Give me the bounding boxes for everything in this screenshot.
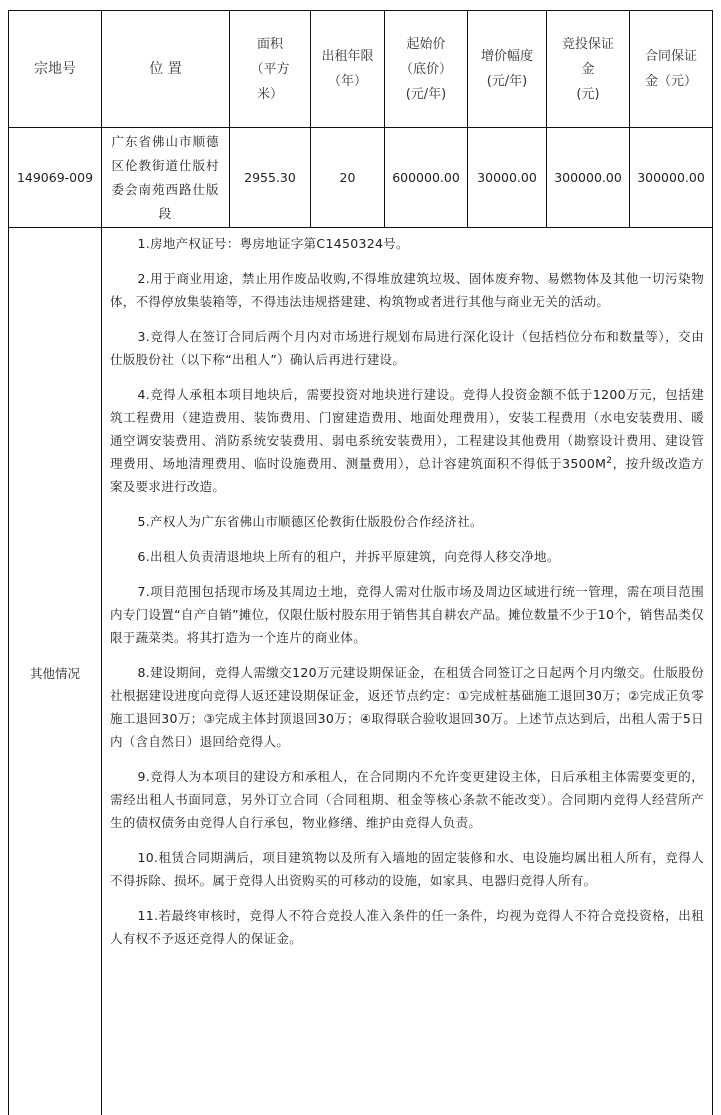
note-9: 9.竞得人为本项目的建设方和承租人，在合同期内不允许变更建设主体，日后承租主体需… (110, 765, 704, 834)
note-11: 11.若最终审核时，竞得人不符合竞投人准入条件的任一条件，均视为竞得人不符合竞投… (110, 904, 704, 950)
note-1: 1.房地产权证号：粤房地证字第C1450324号。 (110, 232, 704, 255)
header-location: 位 置 (102, 11, 230, 128)
table-row: 149069-009 广东省佛山市顺德区伦教街道仕版村委会南苑西路仕版段 295… (9, 128, 713, 228)
area: 2955.30 (230, 128, 311, 228)
other-info-label: 其他情况 (9, 228, 102, 1115)
header-row: 宗地号 位 置 面积（平方米） 出租年限（年） 起始价（底价）(元/年) 增价幅… (9, 11, 713, 128)
location: 广东省佛山市顺德区伦教街道仕版村委会南苑西路仕版段 (102, 128, 230, 228)
note-2: 2.用于商业用途，禁止用作废品收购,不得堆放建筑垃圾、固体废弃物、易燃物体及其他… (110, 267, 704, 313)
header-lease-years: 出租年限（年） (311, 11, 385, 128)
lease-years: 20 (311, 128, 385, 228)
header-contract-deposit: 合同保证金（元） (630, 11, 713, 128)
other-info-notes: 1.房地产权证号：粤房地证字第C1450324号。 2.用于商业用途，禁止用作废… (102, 228, 713, 1115)
contract-deposit: 300000.00 (630, 128, 713, 228)
header-bid-deposit: 竞投保证金(元) (547, 11, 630, 128)
note-8: 8.建设期间，竞得人需缴交120万元建设期保证金，在租赁合同签订之日起两个月内缴… (110, 661, 704, 753)
header-start-price: 起始价（底价）(元/年) (385, 11, 468, 128)
note-5: 5.产权人为广东省佛山市顺德区伦教街仕版股份合作经济社。 (110, 510, 704, 533)
note-3: 3.竞得人在签订合同后两个月内对市场进行规划布局进行深化设计（包括档位分布和数量… (110, 325, 704, 371)
header-parcel-no: 宗地号 (9, 11, 102, 128)
land-lease-table: 宗地号 位 置 面积（平方米） 出租年限（年） 起始价（底价）(元/年) 增价幅… (8, 10, 713, 1115)
start-price: 600000.00 (385, 128, 468, 228)
note-4: 4.竞得人承租本项目地块后，需要投资对地块进行建设。竞得人投资金额不低于1200… (110, 383, 704, 498)
bid-deposit: 300000.00 (547, 128, 630, 228)
note-10: 10.租赁合同期满后，项目建筑物以及所有入墙地的固定装修和水、电设施均属出租人所… (110, 846, 704, 892)
parcel-no: 149069-009 (9, 128, 102, 228)
increment: 30000.00 (468, 128, 547, 228)
note-7: 7.项目范围包括现市场及其周边土地，竞得人需对仕版市场及周边区域进行统一管理，需… (110, 580, 704, 649)
header-area: 面积（平方米） (230, 11, 311, 128)
other-info-row: 其他情况 1.房地产权证号：粤房地证字第C1450324号。 2.用于商业用途，… (9, 228, 713, 1115)
note-6: 6.出租人负责清退地块上所有的租户，并拆平原建筑，向竞得人移交净地。 (110, 545, 704, 568)
header-increment: 增价幅度(元/年) (468, 11, 547, 128)
